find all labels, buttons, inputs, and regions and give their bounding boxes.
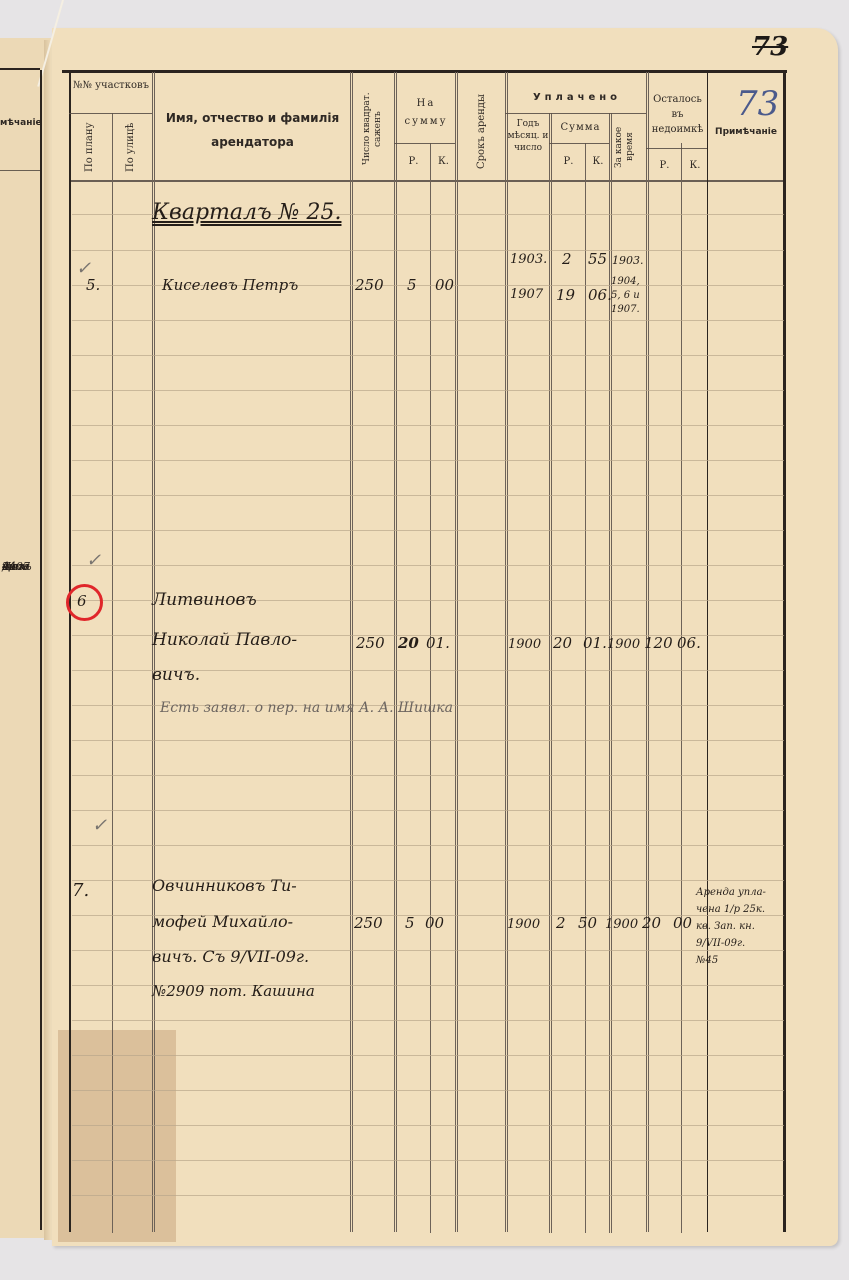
row-paid-period: 1903. xyxy=(612,254,644,267)
left-page-top-rule xyxy=(0,68,40,70)
ruling-line xyxy=(72,810,784,811)
ruling-line xyxy=(72,495,784,496)
row-tenant-name: мофей Михайло- xyxy=(152,912,293,931)
ruling-line xyxy=(72,1160,784,1161)
ruling-line xyxy=(72,1090,784,1091)
row-paid-r: 20 xyxy=(553,634,572,652)
row-amount-k: 01. xyxy=(426,634,450,652)
ruling-line xyxy=(72,740,784,741)
col-rule-term xyxy=(505,72,508,1232)
row-paid-r: 2 xyxy=(556,914,566,932)
row-arrears-r: 120 xyxy=(644,634,673,652)
header-arrears-k: К. xyxy=(683,160,707,172)
col-rule-name xyxy=(350,72,353,1232)
header-plots-group: №№ участковъ xyxy=(70,80,152,92)
paid-sum-rule xyxy=(549,143,609,144)
row-arrears-k: 06. xyxy=(677,634,701,652)
header-bottom-rule xyxy=(69,180,785,182)
ruling-line xyxy=(72,390,784,391)
row-paid-k: 50 xyxy=(578,914,597,932)
row-amount-r: 5 xyxy=(407,276,417,294)
ruling-line xyxy=(72,1055,784,1056)
header-lease-term: Срокъ аренды xyxy=(476,88,488,176)
row-paid-date: 1900 xyxy=(508,638,541,651)
arrears-group-rule xyxy=(646,148,707,149)
col-rule-plots xyxy=(152,72,155,1232)
ruling-line xyxy=(72,775,784,776)
ruling-line xyxy=(72,530,784,531)
row-plot-number: 6 xyxy=(77,592,87,610)
header-notes: Примѣчаніе xyxy=(709,126,783,138)
row-paid-date: 1900 xyxy=(507,918,540,931)
row-tenant-name: Киселевъ Петръ xyxy=(162,276,298,294)
col-rule-paid-date xyxy=(549,113,552,1233)
row-paid-r: 19 xyxy=(556,286,575,304)
table-right-border xyxy=(783,72,786,1232)
page-number-handwritten: 73 xyxy=(736,84,779,124)
header-paid-group: Уплачено xyxy=(508,92,646,104)
ruling-line xyxy=(72,460,784,461)
row-amount-k: 00 xyxy=(435,276,454,294)
row-paid-k: 06. xyxy=(588,286,612,304)
header-amount-r: Р. xyxy=(397,156,430,168)
col-rule-paid xyxy=(646,72,649,1232)
paper-stain xyxy=(58,1030,176,1242)
header-paid-date: Годъ мѣсяц. и число xyxy=(507,118,549,154)
ruling-line xyxy=(72,845,784,846)
row-arrears-k: 00 xyxy=(673,914,692,932)
left-page-header-rule xyxy=(0,170,40,171)
header-arrears-group: Осталось въ недоимкѣ xyxy=(648,92,707,137)
table-left-border xyxy=(69,72,71,1232)
row-paid-r: 2 xyxy=(562,250,572,268)
row-paid-k: 55 xyxy=(588,250,607,268)
header-amount-k: К. xyxy=(432,156,455,168)
row-tenant-name: Овчинниковъ Ти- xyxy=(152,876,297,895)
header-area: Число квадрат. саженъ xyxy=(362,82,386,176)
header-amount-group: На сумму xyxy=(397,95,455,131)
left-page-notes-header: мѣчаніе xyxy=(0,117,40,129)
row-plot-number: 7. xyxy=(72,880,89,901)
header-tenant-name: Имя, отчество и фамилія арендатора xyxy=(165,106,340,154)
col-rule-arrears xyxy=(707,72,708,1232)
header-paid-period: За какое время xyxy=(614,118,642,176)
col-rule-paid-r xyxy=(585,143,586,1233)
ruling-line xyxy=(72,1125,784,1126)
row-tenant-name: вичъ. xyxy=(152,665,200,685)
row-paid-date: 1903. xyxy=(510,253,547,266)
ruling-line xyxy=(72,250,784,251)
row-note: Аренда упла- чена 1/р 25к. кв. Зап. кн. … xyxy=(696,884,786,969)
row-paid-period: 1900 xyxy=(605,918,638,931)
row-amount-k: 00 xyxy=(425,914,444,932)
header-paid-sum-k: К. xyxy=(587,156,609,168)
table-top-rule xyxy=(62,70,787,73)
header-plots-by-street: По улицѣ xyxy=(125,118,137,176)
row-area: 250 xyxy=(356,634,385,652)
row-amount-r: 5 xyxy=(405,914,415,932)
row-paid-date: 1907 xyxy=(510,288,543,301)
row-remark: Есть заявл. о пер. на имя А. А. Шишка xyxy=(160,700,453,716)
row-tenant-name: Николай Павло- xyxy=(152,630,297,650)
row-tenant-name: вичъ. Съ 9/VII-09г. xyxy=(152,947,309,966)
ruling-line xyxy=(72,1020,784,1021)
row-arrears-r: 20 xyxy=(642,914,661,932)
checkmark-icon: ✓ xyxy=(92,815,107,836)
ruling-line xyxy=(72,355,784,356)
row-tenant-name: Литвиновъ xyxy=(152,590,257,610)
ruling-line xyxy=(72,1195,784,1196)
section-title: Кварталъ № 25. xyxy=(152,200,341,225)
col-rule-plan xyxy=(112,113,113,1233)
row-paid-period: 1900 xyxy=(607,638,640,651)
row-area: 250 xyxy=(354,914,383,932)
row-paid-k: 01. xyxy=(583,634,607,652)
header-plots-by-plan: По плану xyxy=(84,118,96,176)
col-rule-amount xyxy=(455,72,458,1232)
row-area: 250 xyxy=(355,276,384,294)
plots-group-rule xyxy=(69,113,152,114)
page-number-stamp: 73 xyxy=(752,32,788,62)
row-plot-number: 5. xyxy=(86,276,100,294)
header-paid-sum-group: Сумма xyxy=(552,122,609,134)
checkmark-icon: ✓ xyxy=(86,550,101,571)
col-rule-area xyxy=(394,72,397,1232)
ruling-line xyxy=(72,425,784,426)
ruling-line xyxy=(72,320,784,321)
row-paid-period: 1904, 5, 6 и 1907. xyxy=(611,275,645,317)
header-arrears-r: Р. xyxy=(648,160,681,172)
ruling-line xyxy=(72,565,784,566)
row-tenant-name: №2909 пот. Кашина xyxy=(152,982,315,1000)
col-rule-arrears-r xyxy=(681,143,682,1233)
amount-group-rule xyxy=(394,143,455,144)
paid-group-rule xyxy=(505,113,646,114)
row-amount-r: 20 xyxy=(398,634,419,652)
col-rule-amount-r xyxy=(430,143,431,1233)
header-paid-sum-r: Р. xyxy=(552,156,585,168)
left-page-rule xyxy=(40,70,42,1230)
